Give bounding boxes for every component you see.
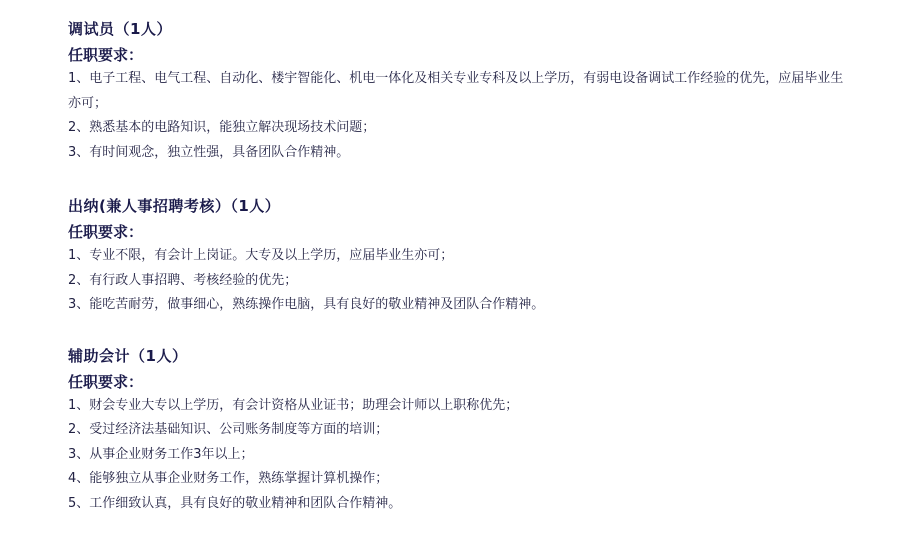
requirement-item: 2、熟悉基本的电路知识，能独立解决现场技术问题； [68,116,868,141]
requirement-item: 1、财会专业大专以上学历，有会计资格从业证书；助理会计师以上职称优先； [68,394,868,419]
requirement-item: 3、能吃苦耐劳，做事细心，熟练操作电脑，具有良好的敬业精神及团队合作精神。 [68,293,868,318]
job-posting-assistant-accountant: 辅助会计（1人） 任职要求： 1、财会专业大专以上学历，有会计资格从业证书；助理… [68,344,868,517]
job-title: 出纳(兼人事招聘考核）（1人） [68,194,868,218]
requirement-item: 4、能够独立从事企业财务工作，熟练掌握计算机操作； [68,467,868,492]
requirement-item: 2、有行政人事招聘、考核经验的优先； [68,269,868,294]
job-listings: 调试员（1人） 任职要求： 1、电子工程、电气工程、自动化、楼宇智能化、机电一体… [0,0,868,516]
requirement-item: 1、专业不限，有会计上岗证。大专及以上学历，应届毕业生亦可； [68,244,868,269]
requirements-label: 任职要求： [68,370,868,394]
requirements-list: 1、电子工程、电气工程、自动化、楼宇智能化、机电一体化及相关专业专科及以上学历，… [68,67,868,165]
requirement-item: 2、受过经济法基础知识、公司账务制度等方面的培训； [68,418,868,443]
job-title: 辅助会计（1人） [68,344,868,368]
requirements-label: 任职要求： [68,220,868,244]
requirements-list: 1、财会专业大专以上学历，有会计资格从业证书；助理会计师以上职称优先； 2、受过… [68,394,868,517]
requirement-item: 3、有时间观念，独立性强，具备团队合作精神。 [68,141,868,166]
job-posting-cashier: 出纳(兼人事招聘考核）（1人） 任职要求： 1、专业不限，有会计上岗证。大专及以… [68,194,868,318]
requirement-item: 1、电子工程、电气工程、自动化、楼宇智能化、机电一体化及相关专业专科及以上学历，… [68,67,848,116]
job-title: 调试员（1人） [68,17,868,41]
requirement-item: 3、从事企业财务工作3年以上； [68,443,868,468]
job-posting-debugger: 调试员（1人） 任职要求： 1、电子工程、电气工程、自动化、楼宇智能化、机电一体… [68,17,868,165]
requirement-item: 5、工作细致认真，具有良好的敬业精神和团队合作精神。 [68,492,868,517]
requirements-label: 任职要求： [68,43,868,67]
requirements-list: 1、专业不限，有会计上岗证。大专及以上学历，应届毕业生亦可； 2、有行政人事招聘… [68,244,868,318]
